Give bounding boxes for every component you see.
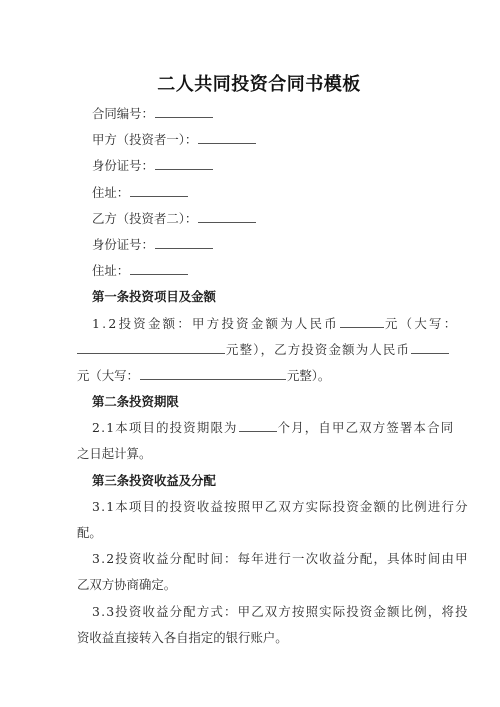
field-party-b-id: 身份证号： (77, 232, 427, 258)
field-party-a-id: 身份证号： (77, 153, 427, 179)
field-label: 身份证号： (92, 158, 154, 173)
section-heading-3: 第三条投资收益及分配 (77, 468, 427, 494)
document-page: 二人共同投资合同书模板 合同编号： 甲方（投资者一）： 身份证号： 住址： 乙方… (0, 0, 500, 707)
section-heading-1: 第一条投资项目及金额 (77, 284, 427, 310)
clause-text: 元整），乙方投资金额为人民币 (226, 342, 410, 357)
field-label: 住址： (92, 263, 129, 278)
party-b-amount-words-blank[interactable] (140, 366, 286, 380)
party-a-amount-words-blank[interactable] (77, 340, 225, 354)
clause-3-2-line-2: 乙双方协商确定。 (77, 572, 427, 598)
document-body: 合同编号： 甲方（投资者一）： 身份证号： 住址： 乙方（投资者二）： 身份证号… (77, 101, 427, 651)
field-label: 乙方（投资者二）： (92, 211, 197, 226)
field-label: 住址： (92, 185, 129, 200)
clause-text: 元整）。 (287, 368, 330, 383)
party-b-amount-blank[interactable] (411, 340, 449, 354)
document-title: 二人共同投资合同书模板 (0, 70, 500, 96)
clause-3-3-line-2: 资收益直接转入各自指定的银行账户。 (77, 625, 427, 651)
clause-text: 个月，自甲乙双方签署本合同 (278, 420, 455, 435)
clause-2-1-line-1: 2.1本项目的投资期限为个月，自甲乙双方签署本合同 (77, 415, 427, 441)
party-a-id-blank[interactable] (155, 156, 213, 170)
clause-3-3-line-1: 3.3投资收益分配方式：甲乙双方按照实际投资金额比例，将投 (77, 599, 427, 625)
clause-3-1-line-1: 3.1本项目的投资收益按照甲乙双方实际投资金额的比例进行分 (77, 494, 427, 520)
field-label: 合同编号： (92, 106, 154, 121)
party-b-id-blank[interactable] (155, 235, 213, 249)
field-party-a: 甲方（投资者一）： (77, 127, 427, 153)
party-a-amount-blank[interactable] (340, 314, 384, 328)
clause-text: 元（大写： (77, 368, 139, 383)
contract-number-blank[interactable] (155, 104, 213, 118)
clause-text: 2.1本项目的投资期限为 (92, 420, 238, 435)
field-label: 身份证号： (92, 237, 154, 252)
clause-1-2-line-1: 1.2投资金额：甲方投资金额为人民币元（大写： (77, 311, 427, 337)
section-heading-2: 第二条投资期限 (77, 389, 427, 415)
field-party-a-address: 住址： (77, 180, 427, 206)
clause-2-1-line-2: 之日起计算。 (77, 441, 427, 467)
field-label: 甲方（投资者一）： (92, 132, 197, 147)
clause-3-2-line-1: 3.2投资收益分配时间：每年进行一次收益分配，具体时间由甲 (77, 546, 427, 572)
party-a-name-blank[interactable] (198, 130, 256, 144)
clause-3-1-line-2: 配。 (77, 520, 427, 546)
clause-1-2-line-3: 元（大写：元整）。 (77, 363, 427, 389)
party-b-name-blank[interactable] (198, 209, 256, 223)
clause-text: 1.2投资金额：甲方投资金额为人民币 (92, 316, 339, 331)
clause-1-2-line-2: 元整），乙方投资金额为人民币 (77, 337, 427, 363)
party-b-address-blank[interactable] (130, 261, 188, 275)
clause-text: 元（大写： (385, 316, 458, 331)
investment-period-blank[interactable] (239, 418, 277, 432)
party-a-address-blank[interactable] (130, 183, 188, 197)
field-party-b-address: 住址： (77, 258, 427, 284)
field-party-b: 乙方（投资者二）： (77, 206, 427, 232)
field-contract-number: 合同编号： (77, 101, 427, 127)
